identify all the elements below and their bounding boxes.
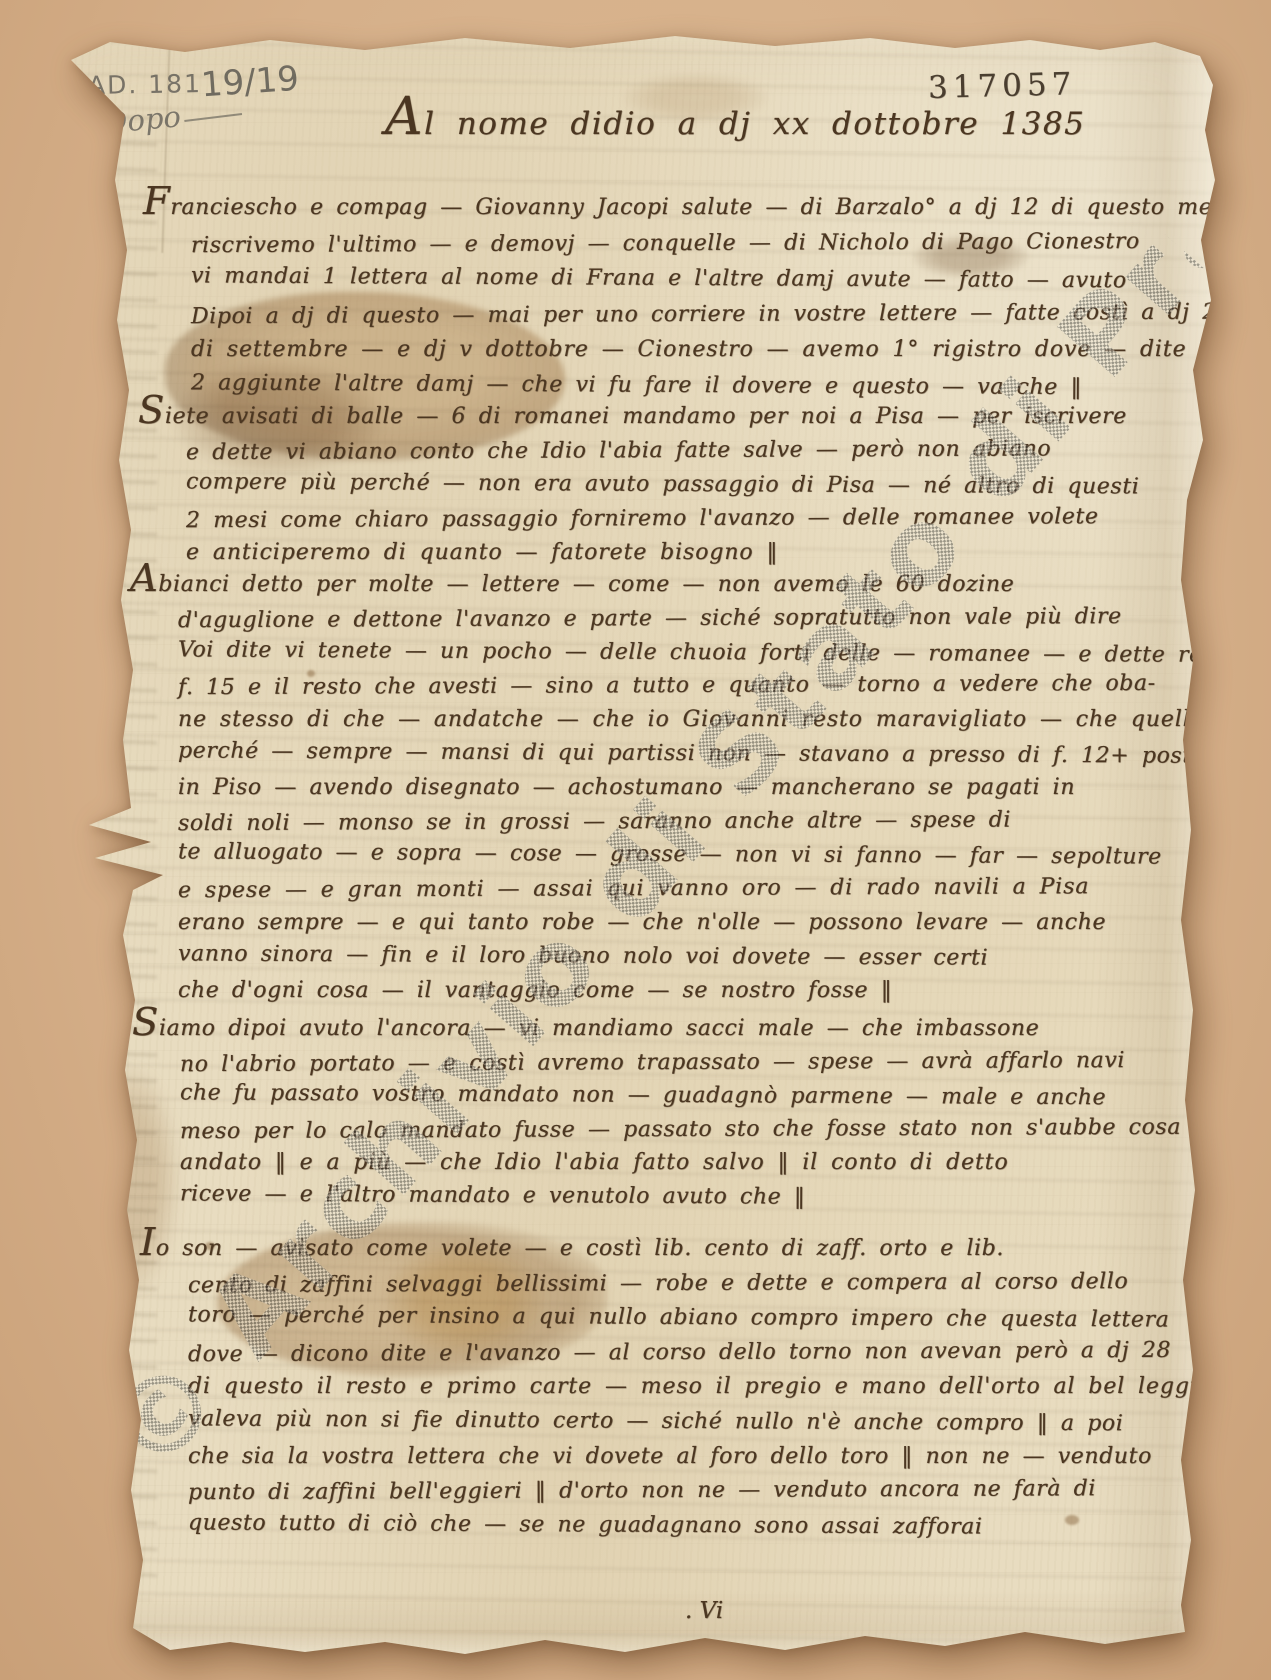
text-line: Io son — avisato come volete — e costì l… — [140, 1232, 1188, 1267]
text-line: vi mandai 1 lettera al nome di Frana e l… — [191, 258, 1191, 299]
text-line: punto di zaffini bell'eggieri ‖ d'orto n… — [188, 1472, 1188, 1511]
text-line: soldi noli — monso se in grossi — sarann… — [178, 802, 1178, 840]
letter-paragraph-4: Siamo dipoi avuto l'ancora — vi mandiamo… — [132, 1012, 1180, 1214]
text-line: toro — perché per insino a qui nullo abi… — [188, 1299, 1188, 1339]
text-line: te alluogato — e sopra — cose — grosse —… — [178, 836, 1178, 875]
scan-background: AD. 181 19/19 Dopo 317057 Al nome didio … — [0, 0, 1271, 1680]
text-line: in Piso — avendo disegnato — achostumano… — [178, 771, 1178, 805]
text-line: vanno sinora — fin e il loro buono nolo … — [178, 937, 1178, 976]
paper-edge-shade-bottom — [55, 1590, 1225, 1660]
text-line: andato ‖ e a più — che Idio l'abia fatto… — [180, 1146, 1180, 1180]
text-line: Abianci detto per molte — lettere — come… — [130, 568, 1178, 602]
text-line: questo tutto di ciò che — se ne guadagna… — [188, 1506, 1188, 1546]
text-line: di settembre — e dj v dottobre — Cionest… — [191, 332, 1191, 368]
text-line: e anticiperemo di quanto — fatorete biso… — [186, 536, 1186, 570]
text-line: e spese — e gran monti — assai qui vanno… — [178, 870, 1178, 908]
text-line: riceve — e l'altro mandato e venutolo av… — [180, 1177, 1180, 1216]
text-line: che fu passato vostro mandato non — guad… — [180, 1077, 1180, 1116]
text-line: compere più perché — non era avuto passa… — [186, 465, 1186, 504]
text-line: Siete avisati di balle — 6 di romanei ma… — [138, 400, 1186, 434]
text-line: f. 15 e il resto che avesti — sino a tut… — [178, 667, 1178, 705]
text-line: Siamo dipoi avuto l'ancora — vi mandiamo… — [132, 1012, 1180, 1046]
ink-accession-number: 317057 — [928, 66, 1077, 106]
manuscript-paper: AD. 181 19/19 Dopo 317057 Al nome didio … — [55, 30, 1225, 1660]
letter-dateline: Al nome didio a dj xx dottobre 1385 — [385, 106, 1085, 142]
text-line: dove — dicono dite e l'avanzo — al corso… — [188, 1334, 1188, 1373]
text-line: d'aguglione e dettone l'avanzo e parte —… — [178, 600, 1178, 638]
paper-sheet: AD. 181 19/19 Dopo 317057 Al nome didio … — [55, 30, 1225, 1660]
text-line: che d'ogni cosa — il vantaggio come — se… — [178, 974, 1178, 1008]
pencil-archive-ref: AD. 181 — [88, 69, 202, 100]
text-line: riscrivemo l'ultimo — e demovj — conquel… — [191, 223, 1191, 263]
text-line: 2 mesi come chiaro passaggio forniremo l… — [186, 500, 1186, 538]
text-line: cento di zaffini selvaggi bellissimi — r… — [188, 1264, 1188, 1303]
folio-bottom-mark: . Vi — [685, 1598, 723, 1624]
text-line: valeva più non si fie dinutto certo — si… — [188, 1402, 1188, 1442]
text-line: e dette vi abiano conto che Idio l'abia … — [186, 432, 1186, 470]
text-line: Franciescho e compag — Giovanny Jacopi s… — [143, 190, 1191, 226]
text-line: perché — sempre — mansi di qui partissi … — [178, 734, 1178, 773]
letter-paragraph-1: Franciescho e compag — Giovanny Jacopi s… — [143, 190, 1191, 403]
text-line: ne stesso di che — andatche — che io Gio… — [178, 703, 1178, 737]
text-line: meso per lo calo mandato fusse — passato… — [180, 1111, 1180, 1149]
letter-paragraph-3: Abianci detto per molte — lettere — come… — [130, 568, 1178, 1007]
text-line: no l'abrio portato — e costì avremo trap… — [180, 1043, 1180, 1081]
text-line: Dipoi a dj di questo — mai per uno corri… — [191, 294, 1191, 334]
text-line: di questo il resto e primo carte — meso … — [188, 1370, 1188, 1405]
letter-paragraph-2: Siete avisati di balle — 6 di romanei ma… — [138, 400, 1186, 570]
text-line: erano sempre — e qui tanto robe — che n'… — [178, 906, 1178, 940]
letter-paragraph-5: Io son — avisato come volete — e costì l… — [140, 1232, 1188, 1543]
text-line: Voi dite vi tenete — un pocho — delle ch… — [178, 633, 1178, 672]
text-line: che sia la vostra lettera che vi dovete … — [188, 1440, 1188, 1475]
